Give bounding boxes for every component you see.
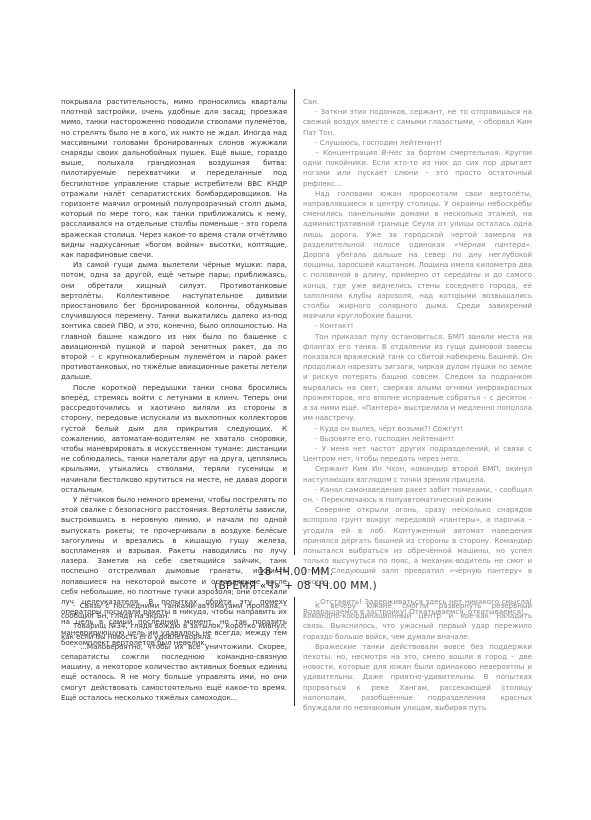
bottom-left-column: - Связь с последними танками-автоматами …	[61, 601, 287, 703]
dialogue-line: - Вызовите его, господин лейтенант!	[303, 434, 532, 444]
paragraph: Над головами южан пророкотали свои верто…	[303, 189, 532, 322]
dialogue-line: - Связь с последними танками-автоматами …	[61, 601, 287, 621]
dialogue-line: - Канал самонаведения ракет забит помеха…	[303, 485, 532, 505]
heading-time: 18 ЧЧ.00 ММ.	[0, 566, 591, 580]
bottom-right-column: К вечеру южане смогли развернуть резервн…	[303, 601, 532, 713]
dialogue-line: - Контакт!	[303, 321, 532, 331]
dialogue-line: – Концентрация B-Нес за бортом смертельн…	[303, 148, 532, 189]
section-heading: 18 ЧЧ.00 ММ. (ВРЕМЯ «Ч» + 08 ЧЧ.00 ММ.)	[0, 566, 591, 593]
top-right-column: Сан. - Заткни этих подонков, сержант, не…	[303, 97, 532, 617]
italic-term: «Чёрная пантера»	[454, 240, 530, 249]
paragraph: К вечеру южане смогли развернуть резервн…	[303, 601, 532, 642]
dialogue-line: - У меня нет частот других подразделений…	[303, 444, 532, 464]
paragraph: Из самой гущи дыма вылетели чёрные мушки…	[61, 260, 287, 382]
paragraph: Сан.	[303, 97, 532, 107]
dialogue-line: - Слушаюсь, господин лейтенант!	[303, 138, 532, 148]
text-segment: . Дорога убегала дальше на север по дну …	[303, 240, 532, 320]
dialogue-line: - Заткни этих подонков, сержант, не то о…	[303, 107, 532, 138]
heading-subtitle: (ВРЕМЯ «Ч» + 08 ЧЧ.00 ММ.)	[0, 580, 591, 594]
paragraph: покрывала растительность, мимо проносили…	[61, 97, 287, 260]
dialogue-line: - Куда он вылез, чёрт возьми?! Сожгут!	[303, 424, 532, 434]
text-segment: – Концентрация	[315, 148, 381, 157]
italic-term: B-Нес	[381, 148, 402, 157]
paragraph: Товарищ №34, глядя вождю в затылок, коро…	[61, 621, 287, 641]
paragraph: Тон приказал пулу остановиться, БМП заня…	[303, 332, 532, 424]
column-divider-bottom	[294, 597, 295, 706]
book-page: покрывала растительность, мимо проносили…	[0, 0, 591, 820]
column-divider-top	[294, 89, 295, 555]
paragraph: Сержант Ким Ин Чхон, командир второй БМП…	[303, 464, 532, 484]
paragraph: После короткой передышки танки снова бро…	[61, 383, 287, 495]
paragraph: Вражеские танки действовали вовсе без по…	[303, 642, 532, 713]
dialogue-line: - ...Маловероятно, чтобы их все уничтожи…	[61, 642, 287, 703]
